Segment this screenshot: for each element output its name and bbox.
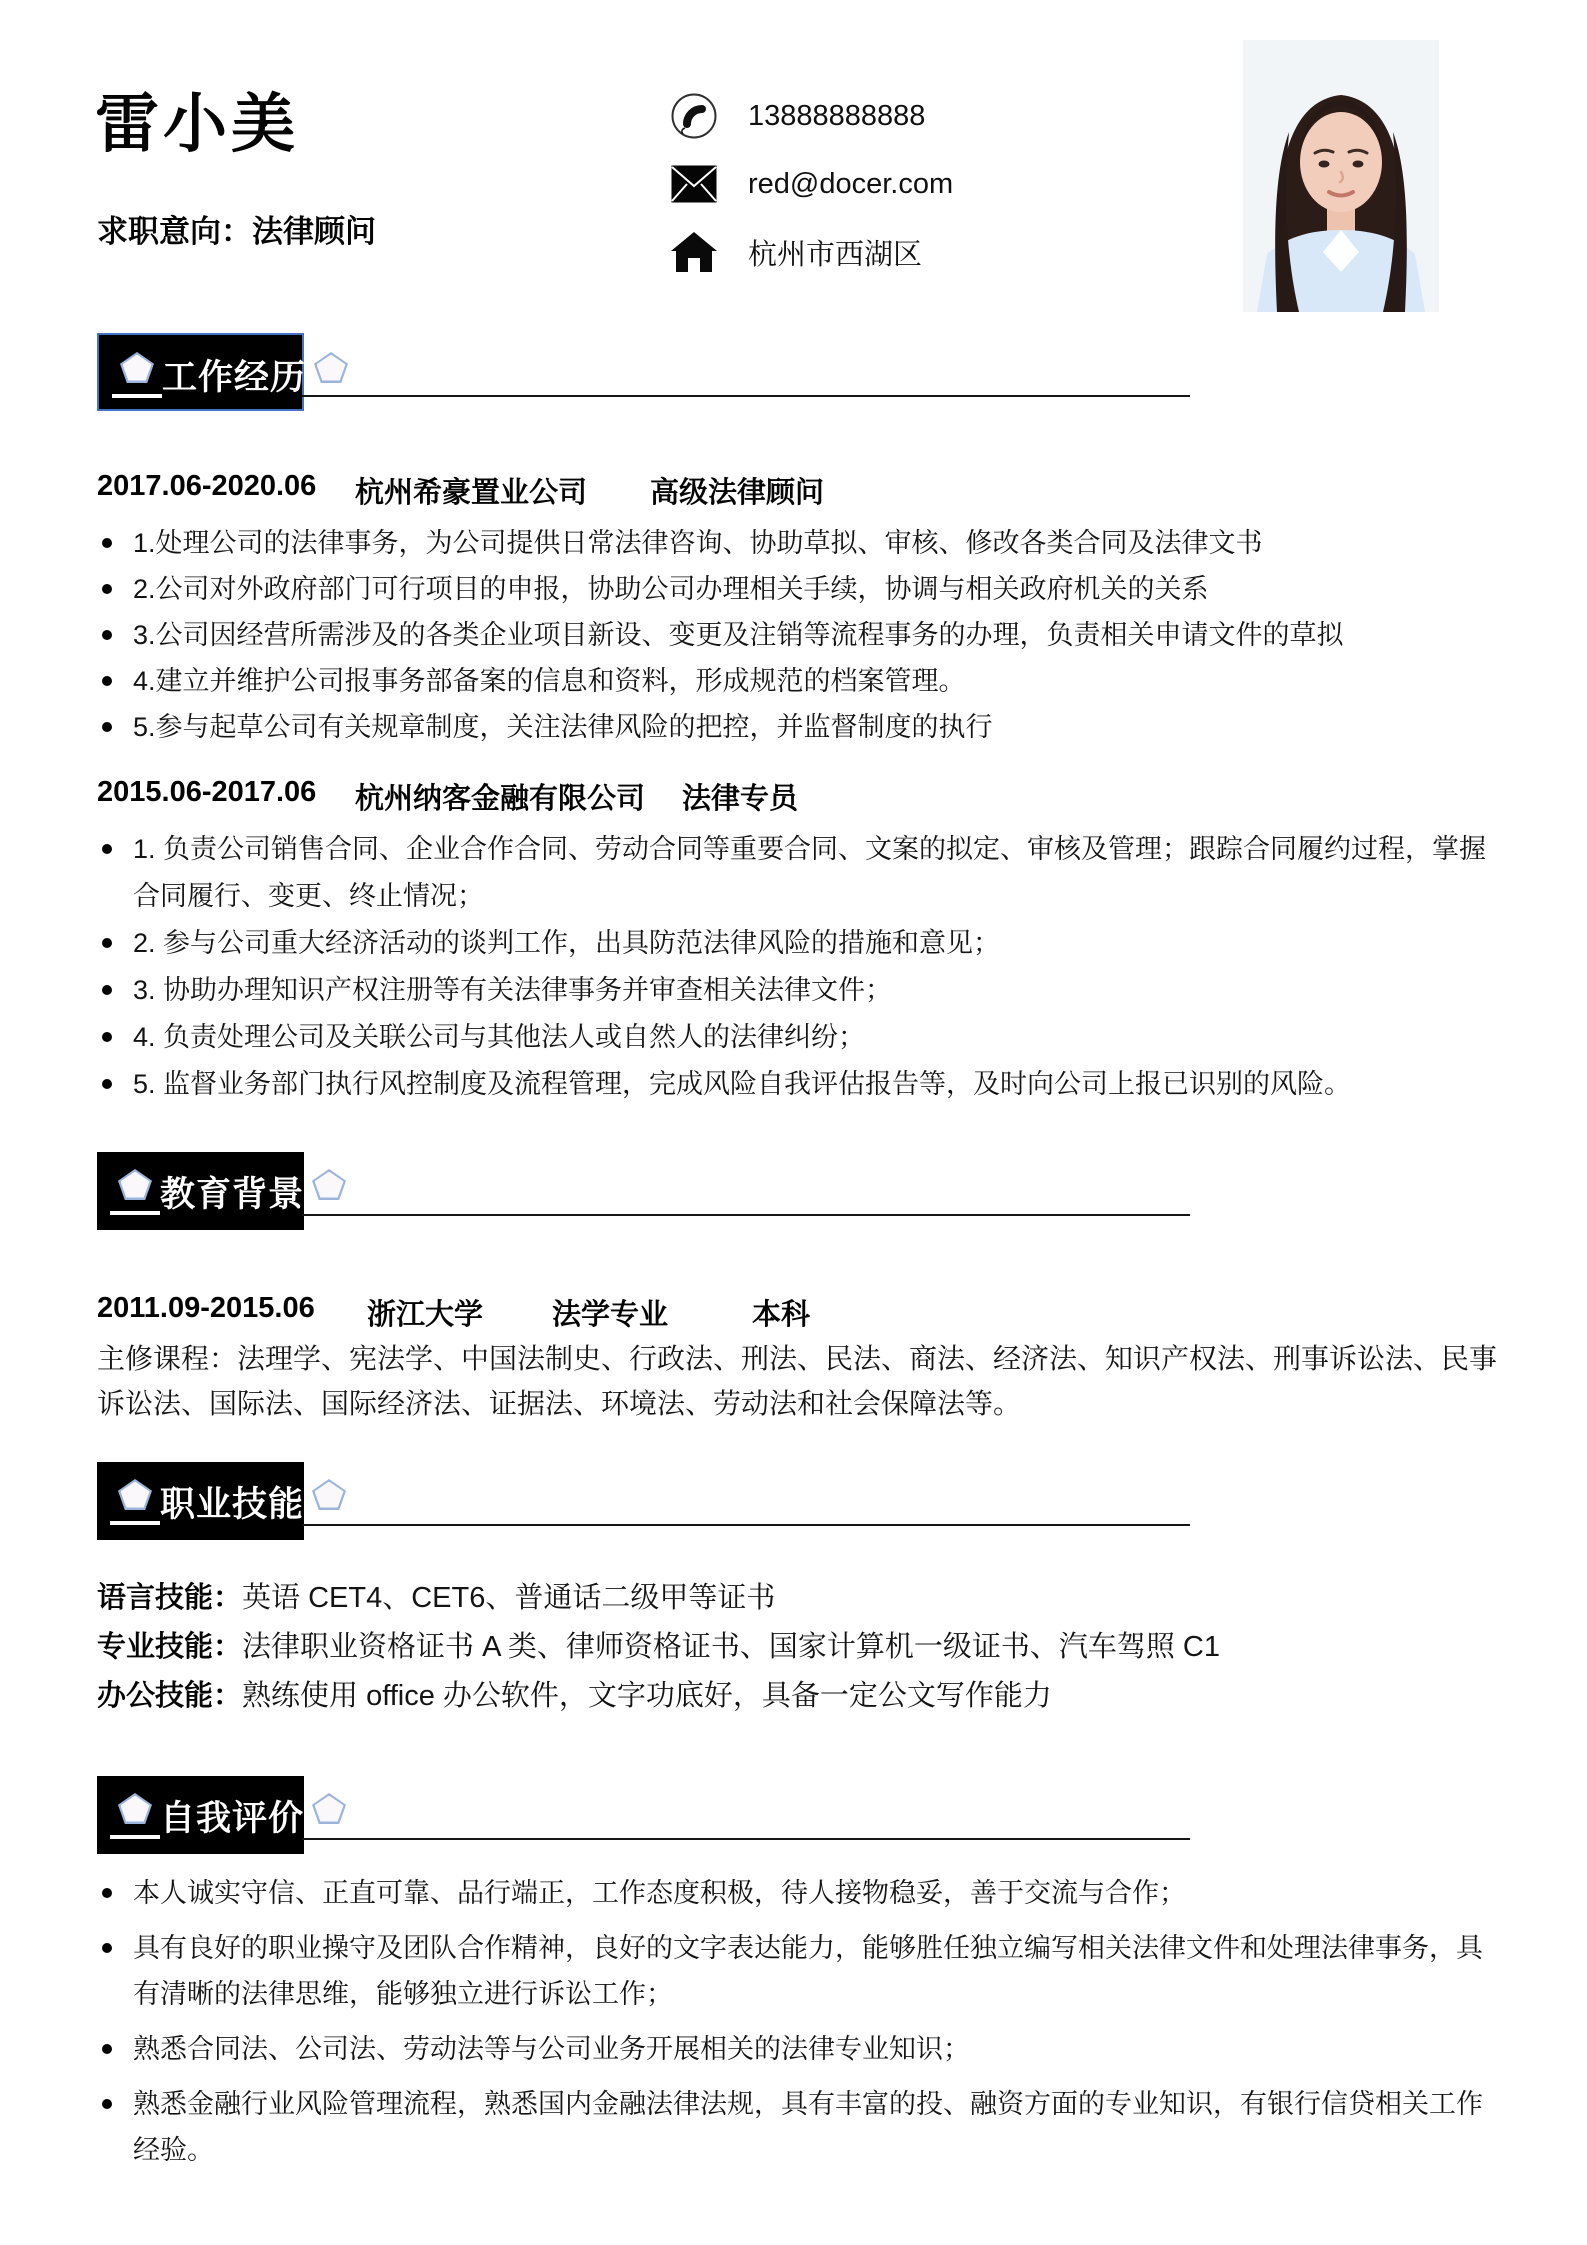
skill-label: 专业技能： bbox=[97, 1631, 242, 1663]
section-title-education: 教育背景 bbox=[160, 1167, 304, 1230]
id-photo bbox=[1243, 40, 1439, 312]
edu-school: 浙江大学 bbox=[367, 1292, 483, 1333]
job2-role: 法律专员 bbox=[682, 776, 798, 817]
skill-text: 法律职业资格证书 A 类、律师资格证书、国家计算机一级证书、汽车驾照 C1 bbox=[242, 1631, 1220, 1663]
evaluation-bullet: 本人诚实守信、正直可靠、品行端正，工作态度积极，待人接物稳妥，善于交流与合作； bbox=[95, 1870, 1500, 1916]
evaluation-bullet: 熟悉合同法、公司法、劳动法等与公司业务开展相关的法律专业知识； bbox=[95, 2026, 1500, 2072]
candidate-name: 雷小美 bbox=[95, 92, 299, 156]
section-banner-skills: 职业技能 bbox=[97, 1462, 304, 1540]
pentagon-icon bbox=[120, 352, 154, 383]
section-rule bbox=[302, 1214, 1190, 1216]
edu-major: 法学专业 bbox=[552, 1292, 668, 1333]
edu-degree: 本科 bbox=[752, 1292, 810, 1333]
job-heading-2: 2015.06-2017.06 杭州纳客金融有限公司 法律专员 bbox=[97, 776, 1497, 816]
section-banner-education: 教育背景 bbox=[97, 1152, 304, 1230]
marker-underline bbox=[110, 1835, 160, 1839]
pentagon-icon bbox=[314, 352, 348, 383]
section-rule bbox=[302, 1524, 1190, 1526]
pentagon-icon bbox=[312, 1793, 346, 1824]
marker-underline bbox=[110, 1211, 160, 1215]
job1-bullet-list: 1.处理公司的法律事务，为公司提供日常法律咨询、协助草拟、审核、修改各类合同及法… bbox=[95, 520, 1500, 750]
evaluation-bullet: 熟悉金融行业风险管理流程，熟悉国内金融法律法规，具有丰富的投、融资方面的专业知识… bbox=[95, 2081, 1500, 2173]
skills-block: 语言技能：英语 CET4、CET6、普通话二级甲等证书 专业技能：法律职业资格证… bbox=[97, 1574, 1497, 1721]
job1-bullet: 3.公司因经营所需涉及的各类企业项目新设、变更及注销等流程事务的办理，负责相关申… bbox=[95, 612, 1500, 658]
job1-role: 高级法律顾问 bbox=[650, 470, 824, 511]
banner-marker bbox=[304, 1169, 354, 1230]
skill-line-language: 语言技能：英语 CET4、CET6、普通话二级甲等证书 bbox=[97, 1574, 1497, 1623]
banner-marker bbox=[306, 352, 356, 409]
phone-number: 13888888888 bbox=[748, 100, 925, 133]
education-heading: 2011.09-2015.06 浙江大学 法学专业 本科 bbox=[97, 1292, 1497, 1332]
pentagon-icon bbox=[312, 1169, 346, 1200]
evaluation-bullet-list: 本人诚实守信、正直可靠、品行端正，工作态度积极，待人接物稳妥，善于交流与合作； … bbox=[95, 1870, 1500, 2182]
job2-bullet: 1. 负责公司销售合同、企业合作合同、劳动合同等重要合同、文案的拟定、审核及管理… bbox=[95, 826, 1500, 920]
job1-company: 杭州希豪置业公司 bbox=[355, 470, 587, 511]
skill-line-office: 办公技能：熟练使用 office 办公软件，文字功底好，具备一定公文写作能力 bbox=[97, 1672, 1497, 1721]
job2-bullet: 3. 协助办理知识产权注册等有关法律事务并审查相关法律文件； bbox=[95, 967, 1500, 1014]
banner-marker bbox=[304, 1479, 354, 1540]
banner-marker bbox=[304, 1793, 354, 1854]
pentagon-icon bbox=[118, 1169, 152, 1200]
skill-label: 办公技能： bbox=[97, 1680, 242, 1712]
resume-page: 雷小美 求职意向：法律顾问 13888888888 red@docer.c bbox=[0, 0, 1587, 2245]
banner-marker bbox=[110, 1169, 160, 1230]
job-objective-label: 求职意向： bbox=[97, 214, 252, 249]
pentagon-icon bbox=[118, 1793, 152, 1824]
pentagon-icon bbox=[312, 1479, 346, 1510]
contact-email-row: red@docer.com bbox=[668, 160, 953, 208]
job1-bullet: 2.公司对外政府部门可行项目的申报，协助公司办理相关手续，协调与相关政府机关的关… bbox=[95, 566, 1500, 612]
job1-bullet: 1.处理公司的法律事务，为公司提供日常法律咨询、协助草拟、审核、修改各类合同及法… bbox=[95, 520, 1500, 566]
job1-bullet: 5.参与起草公司有关规章制度，关注法律风险的把控，并监督制度的执行 bbox=[95, 704, 1500, 750]
skill-text: 熟练使用 office 办公软件，文字功底好，具备一定公文写作能力 bbox=[242, 1680, 1052, 1712]
edu-period: 2011.09-2015.06 bbox=[97, 1292, 315, 1325]
section-banner-evaluation: 自我评价 bbox=[97, 1776, 304, 1854]
envelope-icon bbox=[668, 165, 720, 203]
section-rule bbox=[302, 1838, 1190, 1840]
job2-bullet: 2. 参与公司重大经济活动的谈判工作，出具防范法律风险的措施和意见； bbox=[95, 920, 1500, 967]
banner-marker bbox=[112, 352, 162, 409]
skill-line-professional: 专业技能：法律职业资格证书 A 类、律师资格证书、国家计算机一级证书、汽车驾照 … bbox=[97, 1623, 1497, 1672]
phone-icon bbox=[668, 92, 720, 140]
job-heading-1: 2017.06-2020.06 杭州希豪置业公司 高级法律顾问 bbox=[97, 470, 1497, 510]
job2-bullet-list: 1. 负责公司销售合同、企业合作合同、劳动合同等重要合同、文案的拟定、审核及管理… bbox=[95, 826, 1500, 1108]
pentagon-icon bbox=[118, 1479, 152, 1510]
home-icon bbox=[668, 231, 720, 273]
job-objective: 求职意向：法律顾问 bbox=[97, 206, 376, 251]
job2-company: 杭州纳客金融有限公司 bbox=[355, 776, 645, 817]
contact-block: 13888888888 red@docer.com 杭州市西湖区 bbox=[668, 92, 953, 276]
contact-address-row: 杭州市西湖区 bbox=[668, 228, 953, 276]
section-title-work: 工作经历 bbox=[162, 350, 306, 409]
job-objective-value: 法律顾问 bbox=[252, 214, 376, 249]
section-title-skills: 职业技能 bbox=[160, 1477, 304, 1540]
marker-underline bbox=[112, 394, 162, 398]
skill-text: 英语 CET4、CET6、普通话二级甲等证书 bbox=[242, 1582, 775, 1614]
contact-phone-row: 13888888888 bbox=[668, 92, 953, 140]
address-text: 杭州市西湖区 bbox=[748, 232, 922, 273]
job1-period: 2017.06-2020.06 bbox=[97, 470, 316, 503]
banner-marker bbox=[110, 1479, 160, 1540]
banner-marker bbox=[110, 1793, 160, 1854]
job2-bullet: 5. 监督业务部门执行风控制度及流程管理，完成风险自我评估报告等，及时向公司上报… bbox=[95, 1061, 1500, 1108]
job2-period: 2015.06-2017.06 bbox=[97, 776, 316, 809]
section-banner-work: 工作经历 bbox=[97, 333, 304, 411]
skill-label: 语言技能： bbox=[97, 1582, 242, 1614]
job2-bullet: 4. 负责处理公司及关联公司与其他法人或自然人的法律纠纷； bbox=[95, 1014, 1500, 1061]
job1-bullet: 4.建立并维护公司报事务部备案的信息和资料，形成规范的档案管理。 bbox=[95, 658, 1500, 704]
section-rule bbox=[302, 395, 1190, 397]
edu-courses: 主修课程：法理学、宪法学、中国法制史、行政法、刑法、民法、商法、经济法、知识产权… bbox=[97, 1336, 1497, 1426]
section-title-evaluation: 自我评价 bbox=[160, 1791, 304, 1854]
marker-underline bbox=[110, 1521, 160, 1525]
evaluation-bullet: 具有良好的职业操守及团队合作精神，良好的文字表达能力，能够胜任独立编写相关法律文… bbox=[95, 1925, 1500, 2017]
email-address: red@docer.com bbox=[748, 168, 953, 201]
